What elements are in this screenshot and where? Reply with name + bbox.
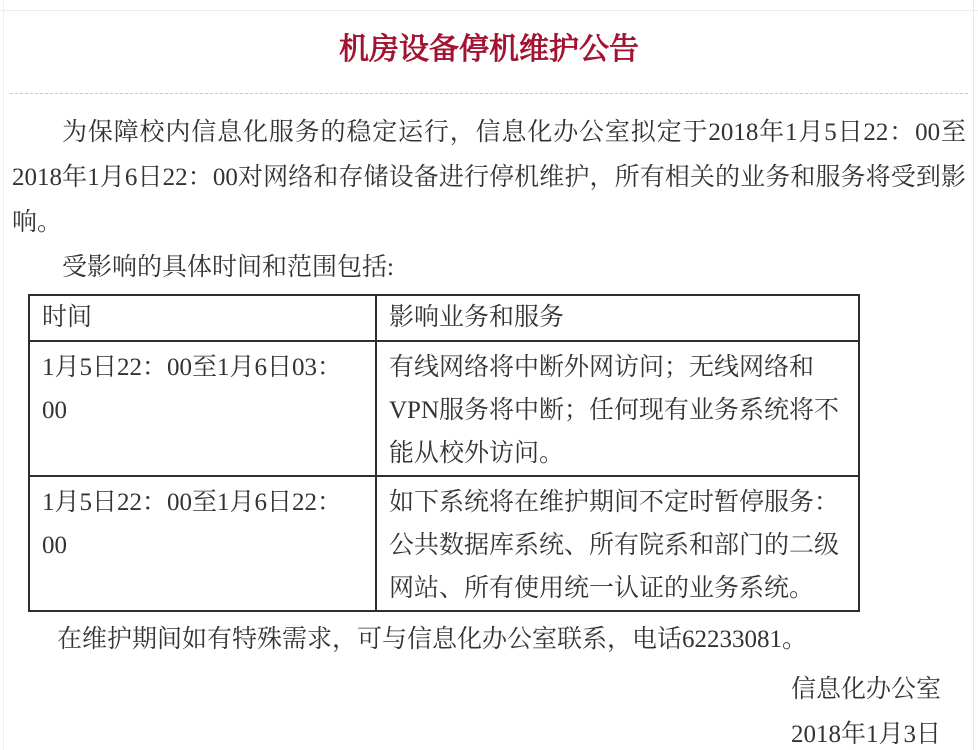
header-cell-impact: 影响业务和服务 [376, 295, 859, 341]
notice-body: 为保障校内信息化服务的稳定运行，信息化办公室拟定于2018年1月5日22：00至… [0, 110, 978, 750]
header-cell-time: 时间 [29, 295, 376, 341]
contact-line: 在维护期间如有特殊需求，可与信息化办公室联系，电话62233081。 [12, 617, 966, 662]
notice-page: 机房设备停机维护公告 为保障校内信息化服务的稳定运行，信息化办公室拟定于2018… [0, 0, 978, 750]
scope-lead-line: 受影响的具体时间和范围包括: [12, 245, 966, 290]
impact-table-row-2: 1月5日22：00至1月6日22：00 如下系统将在维护期间不定时暂停服务：公共… [29, 476, 859, 611]
page-right-border [973, 0, 974, 750]
page-left-border [3, 0, 4, 750]
signature-line: 信息化办公室 [12, 667, 941, 712]
row-1-impact-cell: 有线网络将中断外网访问；无线网络和VPN服务将中断；任何现有业务系统将不能从校外… [376, 341, 859, 476]
row-2-impact-cell: 如下系统将在维护期间不定时暂停服务：公共数据库系统、所有院系和部门的二级网站、所… [376, 476, 859, 611]
intro-paragraph: 为保障校内信息化服务的稳定运行，信息化办公室拟定于2018年1月5日22：00至… [12, 110, 966, 245]
impact-table-row-1: 1月5日22：00至1月6日03：00 有线网络将中断外网访问；无线网络和VPN… [29, 341, 859, 476]
row-1-time-cell: 1月5日22：00至1月6日03：00 [29, 341, 376, 476]
impact-table: 时间 影响业务和服务 1月5日22：00至1月6日03：00 有线网络将中断外网… [28, 294, 860, 612]
date-line: 2018年1月3日 [12, 712, 941, 750]
row-2-time-cell: 1月5日22：00至1月6日22：00 [29, 476, 376, 611]
impact-table-header-row: 时间 影响业务和服务 [29, 295, 859, 341]
title-separator [10, 93, 968, 94]
page-top-border [0, 10, 978, 11]
